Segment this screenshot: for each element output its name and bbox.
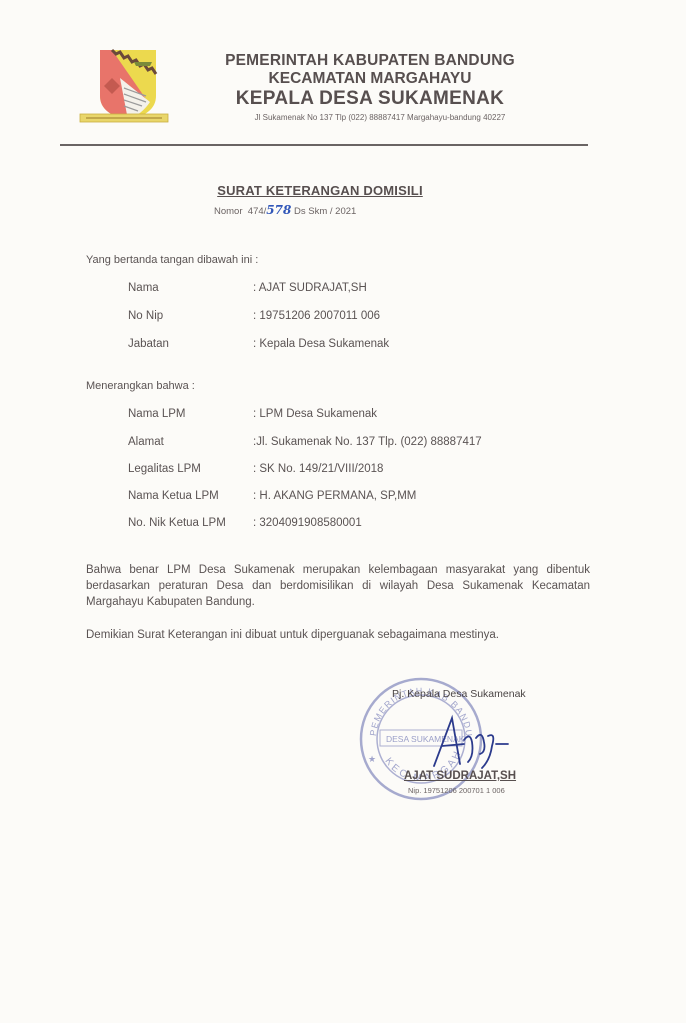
row-value: : LPM Desa Sukamenak <box>253 408 377 420</box>
signature-title: Pj. Kepala Desa Sukamenak <box>392 688 526 700</box>
letterhead-address: Jl Sukamenak No 137 Tlp (022) 88887417 M… <box>225 112 535 124</box>
signer-row: Jabatan : Kepala Desa Sukamenak <box>128 338 588 354</box>
row-label: Nama Ketua LPM <box>128 490 219 502</box>
signer-row: No Nip : 19751206 2007011 006 <box>128 310 588 326</box>
letterhead-office: KEPALA DESA SUKAMENAK <box>205 88 535 110</box>
subject-row: Legalitas LPM : SK No. 149/21/VIII/2018 <box>128 463 588 479</box>
row-label: Alamat <box>128 436 164 448</box>
letter-page: PEMERINTAH KABUPATEN BANDUNG KECAMATAN M… <box>0 0 686 1023</box>
document-number-prefix: 474/ <box>248 206 267 217</box>
closing-paragraph: Demikian Surat Keterangan ini dibuat unt… <box>86 627 590 643</box>
statement-paragraph: Bahwa benar LPM Desa Sukamenak merupakan… <box>86 562 590 610</box>
document-number-handwritten: 578 <box>266 203 291 217</box>
row-value: : Kepala Desa Sukamenak <box>253 338 389 350</box>
document-title: SURAT KETERANGAN DOMISILI <box>200 183 440 198</box>
row-value: : SK No. 149/21/VIII/2018 <box>253 463 383 475</box>
signatory-name: AJAT SUDRAJAT,SH <box>404 770 516 782</box>
row-value: : AJAT SUDRAJAT,SH <box>253 282 367 294</box>
signer-row: Nama : AJAT SUDRAJAT,SH <box>128 282 588 298</box>
subject-row: Nama Ketua LPM : H. AKANG PERMANA, SP,MM <box>128 490 588 506</box>
coat-of-arms-logo-icon <box>76 48 172 126</box>
row-label: Jabatan <box>128 338 169 350</box>
signer-intro: Yang bertanda tangan dibawah ini : <box>86 254 258 266</box>
row-value: : H. AKANG PERMANA, SP,MM <box>253 490 416 502</box>
row-label: No Nip <box>128 310 163 322</box>
document-number-label: Nomor <box>214 206 243 217</box>
document-number: Nomor 474/578 Ds Skm / 2021 <box>214 203 356 217</box>
letterhead-divider <box>60 144 588 146</box>
letterhead: PEMERINTAH KABUPATEN BANDUNG KECAMATAN M… <box>205 52 535 124</box>
subject-row: Alamat :Jl. Sukamenak No. 137 Tlp. (022)… <box>128 436 588 452</box>
letterhead-district: KECAMATAN MARGAHAYU <box>205 70 535 88</box>
row-value: :Jl. Sukamenak No. 137 Tlp. (022) 888874… <box>253 436 482 448</box>
letterhead-government: PEMERINTAH KABUPATEN BANDUNG <box>205 52 535 70</box>
row-value: : 3204091908580001 <box>253 517 362 529</box>
row-value: : 19751206 2007011 006 <box>253 310 380 322</box>
handwritten-signature-icon <box>430 712 510 772</box>
subject-intro: Menerangkan bahwa : <box>86 380 195 392</box>
svg-text:★: ★ <box>368 754 376 764</box>
row-label: Nama LPM <box>128 408 186 420</box>
signatory-nip: Nip. 19751206 200701 1 006 <box>408 786 505 795</box>
row-label: No. Nik Ketua LPM <box>128 517 226 529</box>
row-label: Legalitas LPM <box>128 463 201 475</box>
subject-row: No. Nik Ketua LPM : 3204091908580001 <box>128 517 588 533</box>
document-number-suffix: Ds Skm / 2021 <box>291 206 356 217</box>
subject-row: Nama LPM : LPM Desa Sukamenak <box>128 408 588 424</box>
row-label: Nama <box>128 282 159 294</box>
